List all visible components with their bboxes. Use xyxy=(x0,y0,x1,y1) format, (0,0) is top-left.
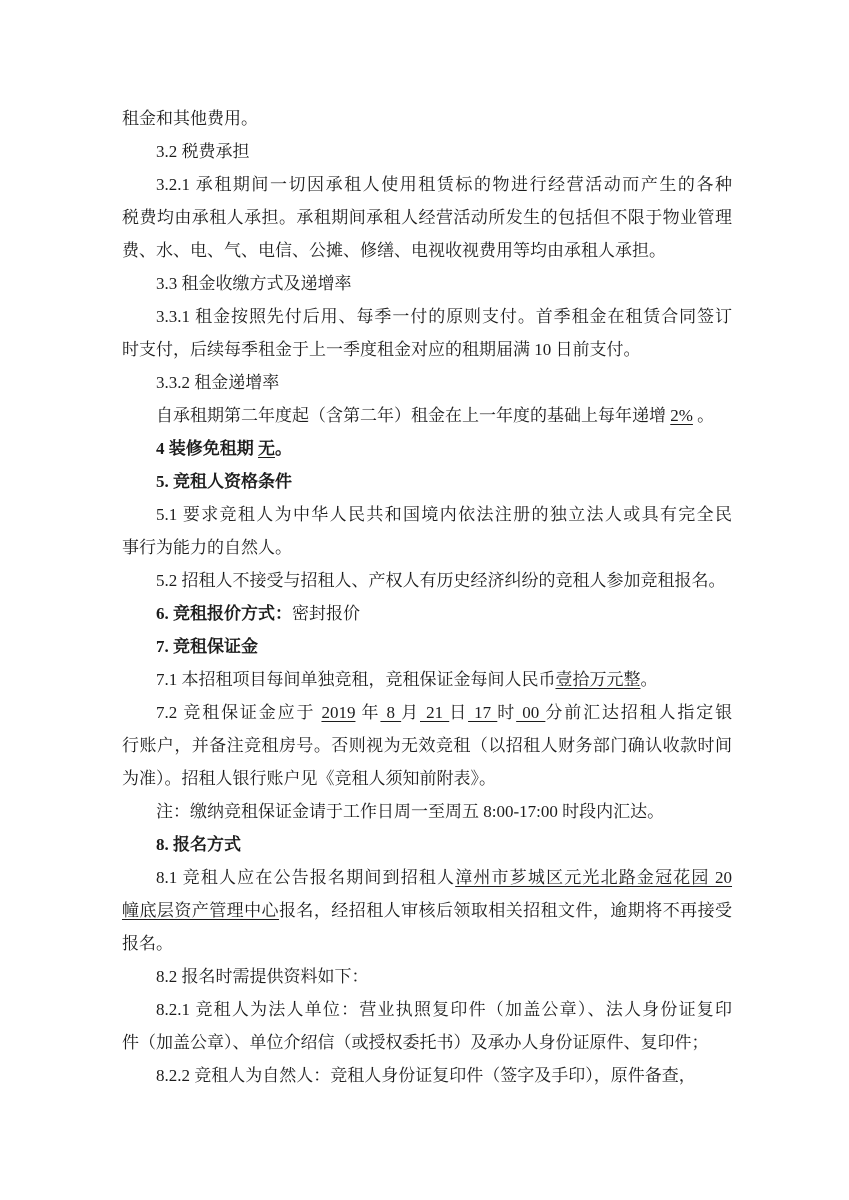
doc-line: 8. 报名方式 xyxy=(122,828,732,861)
doc-line: 7. 竞租保证金 xyxy=(122,630,732,663)
doc-line: 6. 竞租报价方式：密封报价 xyxy=(122,597,732,630)
underlined-text: 壹拾万元整 xyxy=(556,670,641,689)
doc-line: 8.1 竞租人应在公告报名期间到招租人漳州市芗城区元光北路金冠花园 20 xyxy=(122,861,732,894)
paragraph: 3.2.1 承租期间一切因承租人使用租赁标的物进行经营活动而产生的各种税费均由承… xyxy=(122,168,732,267)
doc-line: 费、水、电、气、电信、公摊、修缮、电视收视费用等均由承租人承担。 xyxy=(122,234,732,267)
text-run: 8.1 竞租人应在公告报名期间到招租人 xyxy=(156,868,455,887)
doc-line: 3.2.1 承租期间一切因承租人使用租赁标的物进行经营活动而产生的各种 xyxy=(122,168,732,201)
text-run: 租金和其他费用。 xyxy=(122,109,258,128)
paragraph: 7. 竞租保证金 xyxy=(122,630,732,663)
doc-line: 5.1 要求竞租人为中华人民共和国境内依法注册的独立法人或具有完全民 xyxy=(122,498,732,531)
paragraph: 8. 报名方式 xyxy=(122,828,732,861)
doc-line: 8.2.2 竞租人为自然人：竞租人身份证复印件（签字及手印），原件备查， xyxy=(122,1059,732,1092)
doc-line: 为准）。招租人银行账户见《竞租人须知前附表》。 xyxy=(122,762,732,795)
text-run: 4 装修免租期 xyxy=(156,439,258,458)
text-run: 。 xyxy=(641,670,658,689)
doc-line: 7.2 竞租保证金应于 2019 年 8 月 21 日 17 时 00 分前汇达… xyxy=(122,696,732,729)
doc-line: 5.2 招租人不接受与招租人、产权人有历史经济纠纷的竞租人参加竞租报名。 xyxy=(122,564,732,597)
paragraph: 3.3.2 租金递增率 xyxy=(122,366,732,399)
text-run: 6. 竞租报价方式： xyxy=(156,604,292,623)
paragraph: 租金和其他费用。 xyxy=(122,102,732,135)
doc-line: 时支付，后续每季租金于上一季度租金对应的租期届满 10 日前支付。 xyxy=(122,333,732,366)
paragraph: 4 装修免租期 无。 xyxy=(122,432,732,465)
text-run: 5.1 要求竞租人为中华人民共和国境内依法注册的独立法人或具有完全民 xyxy=(156,505,732,524)
underlined-text: 00 xyxy=(516,703,545,722)
text-run: 时支付，后续每季租金于上一季度租金对应的租期届满 10 日前支付。 xyxy=(122,340,641,359)
underlined-text: 17 xyxy=(468,703,497,722)
paragraph: 7.1 本招租项目每间单独竞租，竞租保证金每间人民币壹拾万元整。 xyxy=(122,663,732,696)
doc-line: 5. 竞租人资格条件 xyxy=(122,465,732,498)
underlined-text: 21 xyxy=(420,703,449,722)
text-run: 5. 竞租人资格条件 xyxy=(156,472,292,491)
doc-line: 幢底层资产管理中心报名，经招租人审核后领取相关招租文件，逾期将不再接受 xyxy=(122,894,732,927)
text-run: 时 xyxy=(497,703,516,722)
text-run: 5.2 招租人不接受与招租人、产权人有历史经济纠纷的竞租人参加竞租报名。 xyxy=(156,571,726,590)
paragraph: 3.2 税费承担 xyxy=(122,135,732,168)
doc-line: 行账户，并备注竞租房号。否则视为无效竞租（以招租人财务部门确认收款时间 xyxy=(122,729,732,762)
doc-line: 8.2 报名时需提供资料如下： xyxy=(122,960,732,993)
underlined-text: 无 xyxy=(258,439,275,458)
doc-line: 自承租期第二年度起（含第二年）租金在上一年度的基础上每年递增 2% 。 xyxy=(122,399,732,432)
doc-line: 注：缴纳竞租保证金请于工作日周一至周五 8:00-17:00 时段内汇达。 xyxy=(122,795,732,828)
doc-line: 报名。 xyxy=(122,927,732,960)
paragraph: 6. 竞租报价方式：密封报价 xyxy=(122,597,732,630)
text-run: 7. 竞租保证金 xyxy=(156,637,258,656)
text-run: 。 xyxy=(693,406,714,425)
paragraph: 5.2 招租人不接受与招租人、产权人有历史经济纠纷的竞租人参加竞租报名。 xyxy=(122,564,732,597)
text-run: 3.3.1 租金按照先付后用、每季一付的原则支付。首季租金在租赁合同签订 xyxy=(156,307,732,326)
text-run: 报名。 xyxy=(122,934,173,953)
text-run: 8. 报名方式 xyxy=(156,835,241,854)
text-run: 注：缴纳竞租保证金请于工作日周一至周五 8:00-17:00 时段内汇达。 xyxy=(156,802,664,821)
underlined-text: 漳州市芗城区元光北路金冠花园 20 xyxy=(455,868,732,887)
text-run: 行账户，并备注竞租房号。否则视为无效竞租（以招租人财务部门确认收款时间 xyxy=(122,736,732,755)
text-run: 密封报价 xyxy=(292,604,360,623)
text-run: 年 xyxy=(355,703,380,722)
text-run: 8.2.2 竞租人为自然人：竞租人身份证复印件（签字及手印），原件备查， xyxy=(156,1066,696,1085)
paragraph: 8.1 竞租人应在公告报名期间到招租人漳州市芗城区元光北路金冠花园 20幢底层资… xyxy=(122,861,732,960)
text-run: 事行为能力的自然人。 xyxy=(122,538,292,557)
underlined-text: 2% xyxy=(670,406,693,425)
doc-line: 3.3 租金收缴方式及递增率 xyxy=(122,267,732,300)
doc-line: 3.3.1 租金按照先付后用、每季一付的原则支付。首季租金在租赁合同签订 xyxy=(122,300,732,333)
paragraph: 3.3.1 租金按照先付后用、每季一付的原则支付。首季租金在租赁合同签订时支付，… xyxy=(122,300,732,366)
paragraph: 注：缴纳竞租保证金请于工作日周一至周五 8:00-17:00 时段内汇达。 xyxy=(122,795,732,828)
underlined-text: 8 xyxy=(380,703,401,722)
text-run: 自承租期第二年度起（含第二年）租金在上一年度的基础上每年递增 xyxy=(156,406,670,425)
paragraph: 8.2.2 竞租人为自然人：竞租人身份证复印件（签字及手印），原件备查， xyxy=(122,1059,732,1092)
paragraph: 7.2 竞租保证金应于 2019 年 8 月 21 日 17 时 00 分前汇达… xyxy=(122,696,732,795)
text-run: 分前汇达招租人指定银 xyxy=(545,703,732,722)
text-run: 7.1 本招租项目每间单独竞租，竞租保证金每间人民币 xyxy=(156,670,556,689)
doc-line: 件（加盖公章）、单位介绍信（或授权委托书）及承办人身份证原件、复印件； xyxy=(122,1026,732,1059)
doc-line: 事行为能力的自然人。 xyxy=(122,531,732,564)
paragraph: 5.1 要求竞租人为中华人民共和国境内依法注册的独立法人或具有完全民事行为能力的… xyxy=(122,498,732,564)
document-page: 租金和其他费用。3.2 税费承担3.2.1 承租期间一切因承租人使用租赁标的物进… xyxy=(0,0,849,1200)
doc-line: 7.1 本招租项目每间单独竞租，竞租保证金每间人民币壹拾万元整。 xyxy=(122,663,732,696)
text-run: 日 xyxy=(449,703,468,722)
text-run: 8.2.1 竞租人为法人单位：营业执照复印件（加盖公章）、法人身份证复印 xyxy=(156,1000,732,1019)
text-run: 税费均由承租人承担。承租期间承租人经营活动所发生的包括但不限于物业管理 xyxy=(122,208,732,227)
paragraph: 5. 竞租人资格条件 xyxy=(122,465,732,498)
document-body: 租金和其他费用。3.2 税费承担3.2.1 承租期间一切因承租人使用租赁标的物进… xyxy=(122,102,732,1092)
text-run: 3.2.1 承租期间一切因承租人使用租赁标的物进行经营活动而产生的各种 xyxy=(156,175,732,194)
text-run: 件（加盖公章）、单位介绍信（或授权委托书）及承办人身份证原件、复印件； xyxy=(122,1033,709,1052)
text-run: 7.2 竞租保证金应于 xyxy=(156,703,321,722)
paragraph: 3.3 租金收缴方式及递增率 xyxy=(122,267,732,300)
doc-line: 4 装修免租期 无。 xyxy=(122,432,732,465)
doc-line: 3.3.2 租金递增率 xyxy=(122,366,732,399)
text-run: 报名，经招租人审核后领取相关招租文件，逾期将不再接受 xyxy=(279,901,732,920)
doc-line: 8.2.1 竞租人为法人单位：营业执照复印件（加盖公章）、法人身份证复印 xyxy=(122,993,732,1026)
text-run: 3.3 租金收缴方式及递增率 xyxy=(156,274,352,293)
text-run: 费、水、电、气、电信、公摊、修缮、电视收视费用等均由承租人承担。 xyxy=(122,241,666,260)
underlined-text: 幢底层资产管理中心 xyxy=(122,901,279,920)
underlined-text: 2019 xyxy=(321,703,355,722)
text-run: 为准）。招租人银行账户见《竞租人须知前附表》。 xyxy=(122,769,496,788)
doc-line: 租金和其他费用。 xyxy=(122,102,732,135)
text-run: 3.3.2 租金递增率 xyxy=(156,373,279,392)
paragraph: 8.2.1 竞租人为法人单位：营业执照复印件（加盖公章）、法人身份证复印件（加盖… xyxy=(122,993,732,1059)
paragraph: 8.2 报名时需提供资料如下： xyxy=(122,960,732,993)
doc-line: 税费均由承租人承担。承租期间承租人经营活动所发生的包括但不限于物业管理 xyxy=(122,201,732,234)
text-run: 3.2 税费承担 xyxy=(156,142,250,161)
text-run: 月 xyxy=(401,703,420,722)
paragraph: 自承租期第二年度起（含第二年）租金在上一年度的基础上每年递增 2% 。 xyxy=(122,399,732,432)
text-run: 8.2 报名时需提供资料如下： xyxy=(156,967,369,986)
text-run: 。 xyxy=(275,439,292,458)
doc-line: 3.2 税费承担 xyxy=(122,135,732,168)
